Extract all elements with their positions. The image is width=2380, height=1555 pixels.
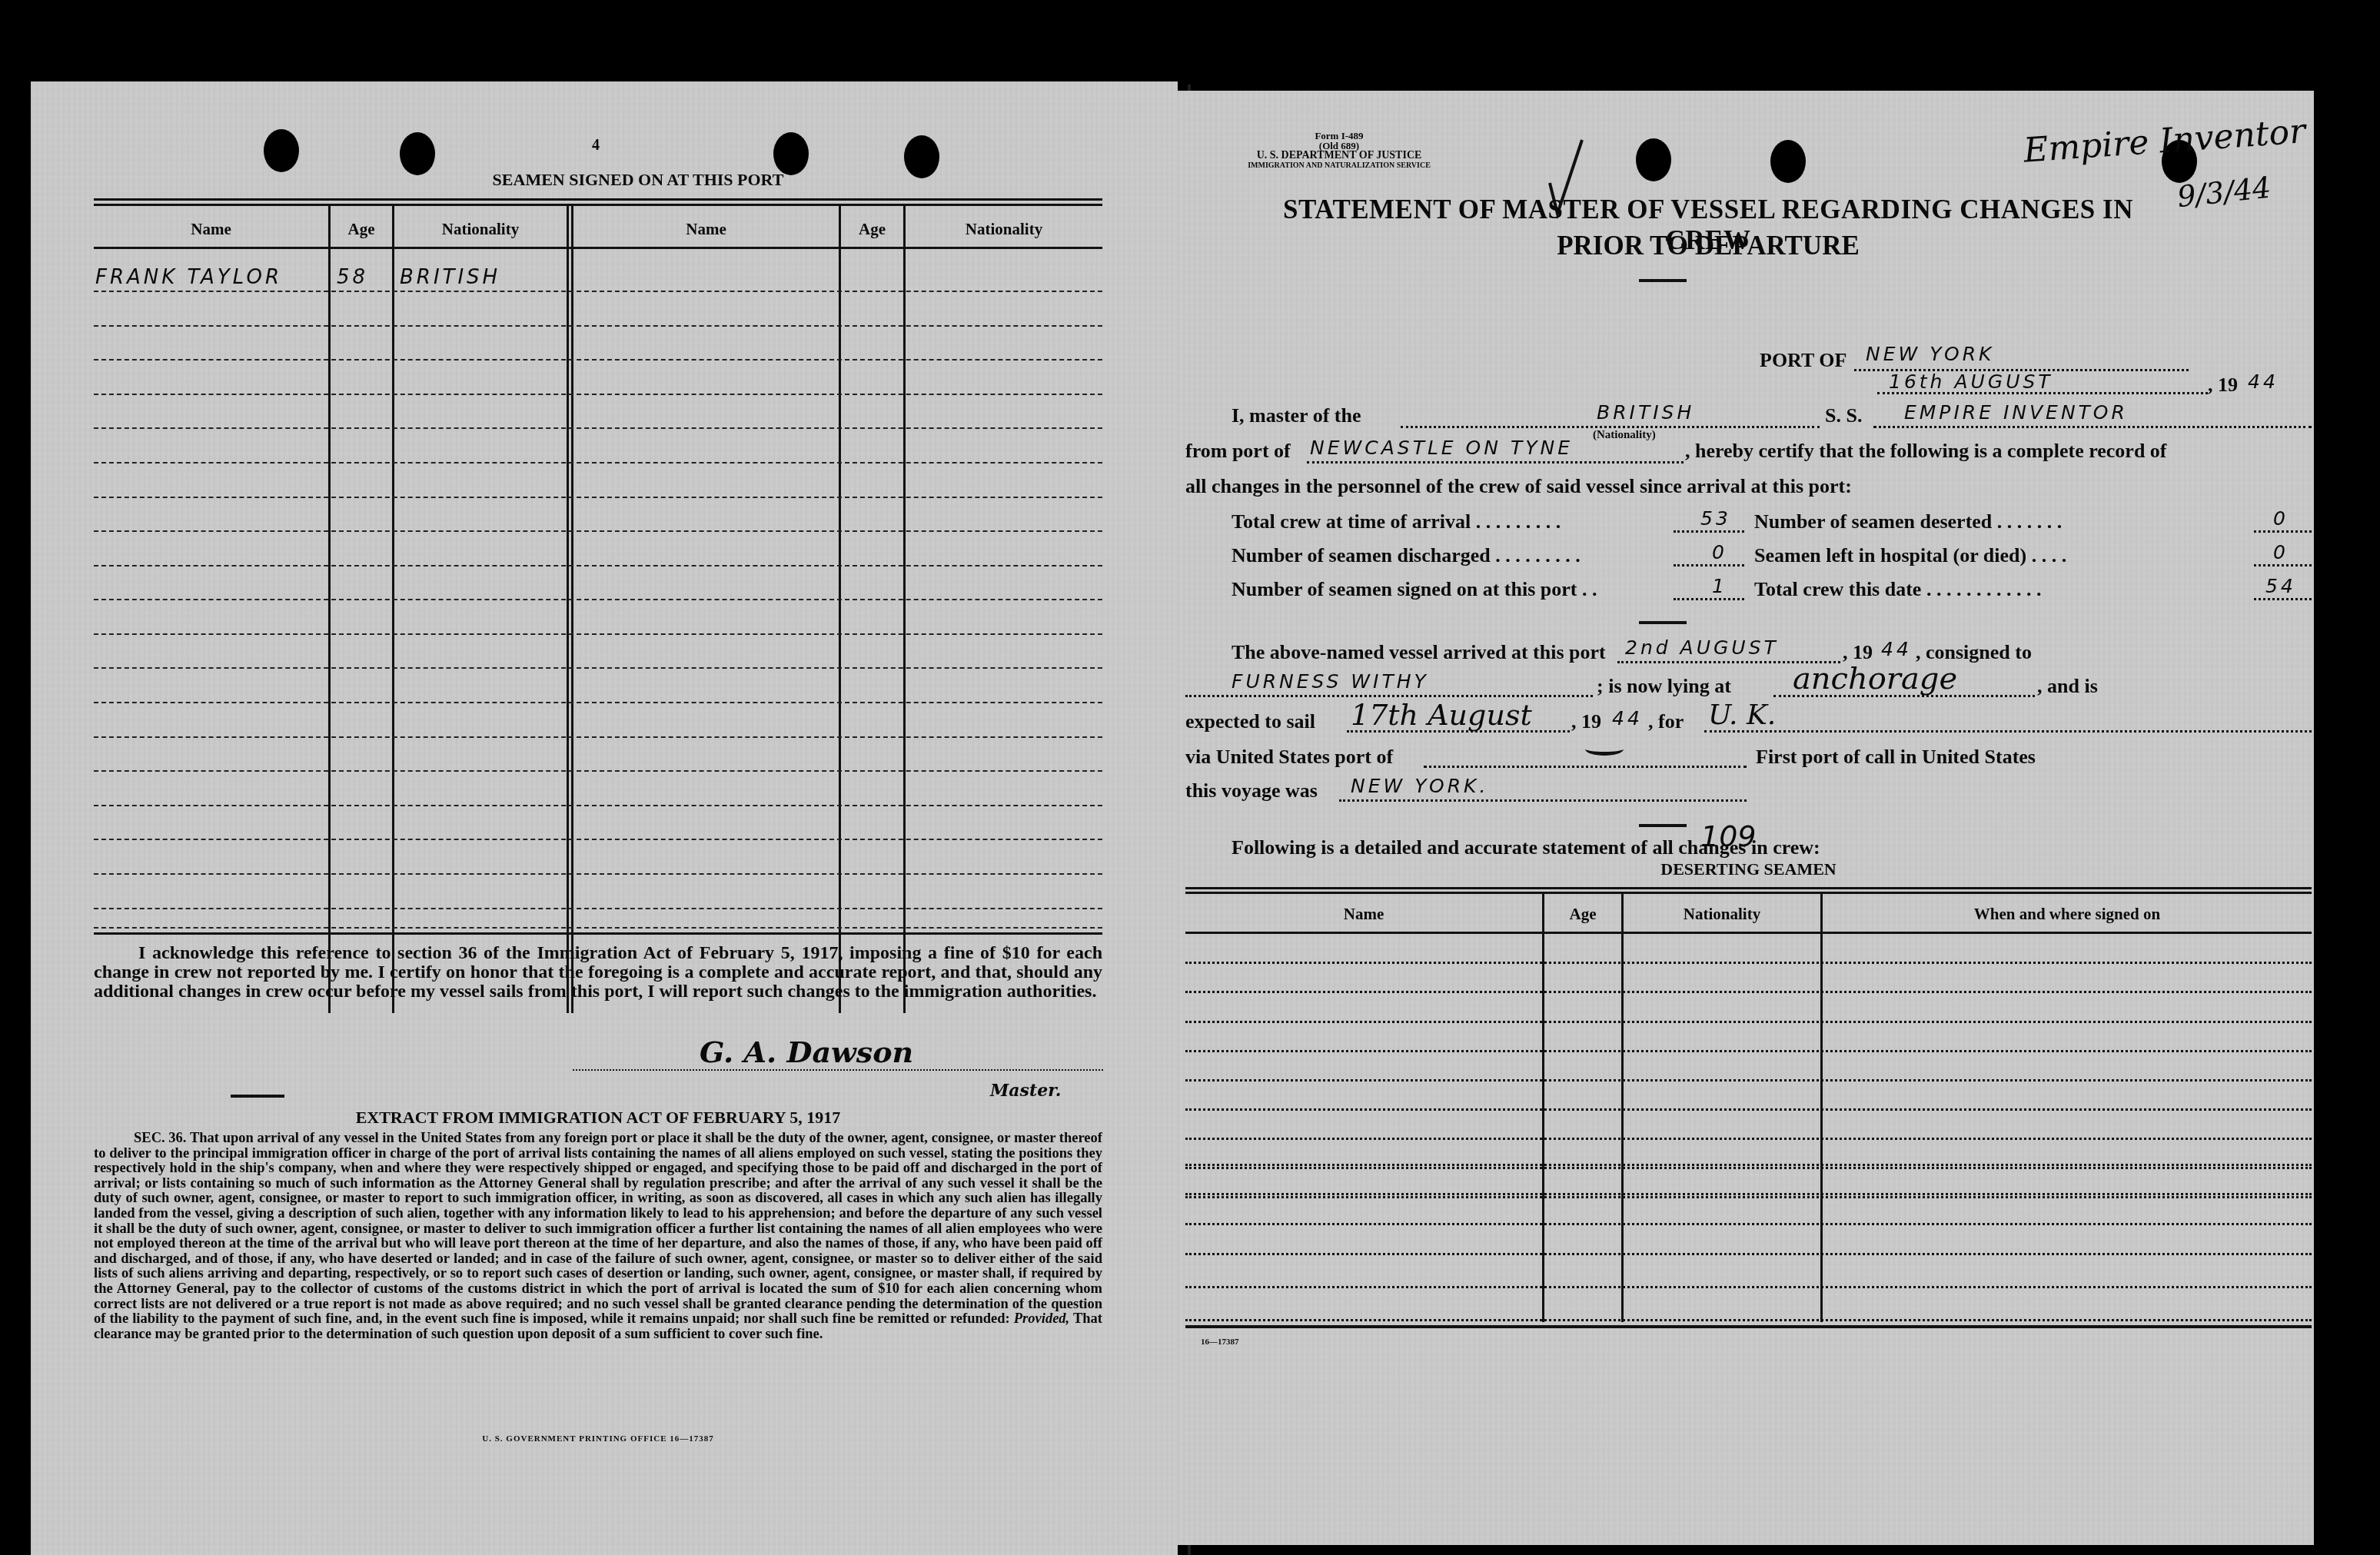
column-header-nationality: Nationality [906,220,1102,239]
date-year-prefix: , 19 [2208,374,2238,397]
table-row [1185,962,2312,964]
stat-value-hospital: 0 [2273,541,2289,563]
column-header-name: Name [1185,905,1542,924]
certify-text-2: all changes in the personnel of the crew… [1185,475,1852,498]
column-header-nationality: Nationality [394,220,567,239]
arrived-label: The above-named vessel arrived at this p… [1232,641,1606,664]
form-header: Form I-489 (Old 689) U. S. DEPARTMENT OF… [1208,131,1470,171]
table-row [1185,1193,2312,1195]
table-row [1185,1286,2312,1288]
ss-label: S. S. [1825,404,1862,427]
table-row [94,599,1102,600]
table-row [1185,1223,2312,1225]
stat-value-discharged: 0 [1712,541,1727,563]
first-port-label: First port of call in United States [1756,746,2036,769]
table-row [1185,1021,2312,1023]
table-row [94,291,1102,292]
column-divider [392,206,394,1013]
column-divider [328,206,331,1013]
punch-hole-icon [264,129,299,172]
arrived-year: 44 [1881,638,1912,660]
master-of-label: I, master of the [1232,404,1361,427]
table-row [1185,1253,2312,1255]
table-row [94,325,1102,327]
stat-value-total-arrival: 53 [1700,507,1731,530]
table-row [94,565,1102,567]
column-divider [839,206,841,1013]
table-cell-nationality: BRITISH [400,266,500,289]
column-header-name: Name [573,220,839,239]
column-header-age: Age [841,220,903,239]
ship-name: EMPIRE INVENTOR [1904,401,2128,424]
lying-label: ; is now lying at [1597,675,1731,698]
column-divider [1820,1222,1823,1322]
punch-hole-icon [773,132,809,175]
table-row [94,394,1102,395]
printer-code: 16—17387 [1201,1337,1239,1347]
master-signature: G. A. Dawson [700,1035,913,1069]
stat-value-total-date: 54 [2265,575,2296,597]
stat-label-total-arrival: Total crew at time of arrival . . . . . … [1232,510,1561,533]
column-divider [903,206,906,1013]
stat-value-deserted: 0 [2273,507,2289,530]
extract-text: SEC. 36. That upon arrival of any vessel… [94,1131,1102,1342]
table-row [1185,991,2312,993]
right-page: Form I-489 (Old 689) U. S. DEPARTMENT OF… [1178,91,2314,1224]
table-row [94,633,1102,635]
stat-label-hospital: Seamen left in hospital (or died) . . . … [1754,544,2066,567]
column-header-age: Age [331,220,392,239]
deserting-title: DESERTING SEAMEN [1185,859,2312,879]
sail-label: expected to sail [1185,710,1315,733]
for-value: U. K. [1708,699,1776,731]
table-row [94,530,1102,532]
table-row [94,770,1102,772]
column-divider [567,206,569,1013]
nationality-value: BRITISH [1597,401,1694,424]
extract-title: EXTRACT FROM IMMIGRATION ACT OF FEBRUARY… [94,1108,1102,1128]
column-header-age: Age [1544,905,1621,924]
form-subtitle: PRIOR TO DEPARTURE [1255,231,2162,261]
table-row [94,927,1102,929]
table-row [1185,1319,2312,1321]
section-title: SEAMEN SIGNED ON AT THIS PORT [430,170,846,190]
table-cell-name: FRANK TAYLOR [95,266,282,289]
table-row [94,908,1102,909]
table-row [1185,1164,2312,1166]
page-number: 4 [592,137,600,155]
from-port-label: from port of [1185,440,1291,463]
table-row [94,702,1102,703]
column-header-when-where: When and where signed on [1823,905,2312,924]
table-row [1185,1050,2312,1052]
certify-text: , hereby certify that the following is a… [1685,440,2167,463]
table-row [94,667,1102,669]
acknowledgement-text: I acknowledge this reference to section … [94,944,1102,1002]
table-row [94,805,1102,806]
punch-hole-icon [1770,140,1806,183]
table-cell-age: 58 [337,266,368,289]
stat-label-deserted: Number of seamen deserted . . . . . . . [1754,510,2062,533]
table-row [94,427,1102,429]
and-is-label: , and is [2037,675,2098,698]
service: IMMIGRATION AND NATURALIZATION SERVICE [1208,161,1470,171]
table-row [1185,1108,2312,1111]
sail-year-prefix: , 19 [1571,710,1601,733]
arrived-value: 2nd AUGUST [1625,636,1779,659]
date-year: 44 [2248,370,2279,393]
consignee-value: FURNESS WITHY [1232,670,1429,693]
sail-value: 17th August [1351,698,1532,732]
stamp-number: 109 [1700,819,1757,853]
table-row [94,839,1102,840]
for-label: , for [1648,710,1684,733]
printer-line: U. S. GOVERNMENT PRINTING OFFICE 16—1738… [94,1434,1102,1444]
stat-label-discharged: Number of seamen discharged . . . . . . … [1232,544,1581,567]
date-value: 16th AUGUST [1889,370,2053,393]
table-row [94,873,1102,875]
table-row [1185,1167,2312,1169]
voyage-value: NEW YORK. [1351,775,1488,797]
column-header-nationality: Nationality [1624,905,1820,924]
table-row [94,462,1102,464]
left-page: 4 SEAMEN SIGNED ON AT THIS PORT Name Age… [31,81,1178,1555]
column-divider [1542,1222,1544,1322]
column-divider [1621,1222,1624,1322]
table-row [1185,1138,2312,1140]
port-value: NEW YORK [1866,343,1994,365]
table-row [1185,1196,2312,1198]
nationality-caption: (Nationality) [1593,429,1656,442]
punch-hole-icon [904,135,939,178]
lying-value: anchorage [1793,661,1957,696]
department: U. S. DEPARTMENT OF JUSTICE [1208,151,1470,161]
punch-hole-icon [400,132,435,175]
port-label: PORT OF [1760,349,1846,372]
table-row [1185,1079,2312,1082]
right-page-lower: 16—17387 [1178,1222,2314,1545]
stat-label-total-date: Total crew this date . . . . . . . . . .… [1754,578,2041,601]
column-header-name: Name [94,220,328,239]
table-row [94,359,1102,361]
stat-label-signed-on: Number of seamen signed on at this port … [1232,578,1597,601]
from-port-value: NEWCASTLE ON TYNE [1310,437,1573,459]
voyage-label: this voyage was [1185,779,1318,802]
table-row [94,736,1102,738]
stat-value-signed-on: 1 [1712,575,1727,597]
sail-year: 44 [1612,707,1643,729]
via-label: via United States port of [1185,746,1393,769]
column-divider [571,206,573,1013]
punch-hole-icon [1636,138,1671,181]
table-row [94,497,1102,498]
signature-label: Master. [990,1081,1061,1101]
handwritten-mark [1585,743,1624,756]
